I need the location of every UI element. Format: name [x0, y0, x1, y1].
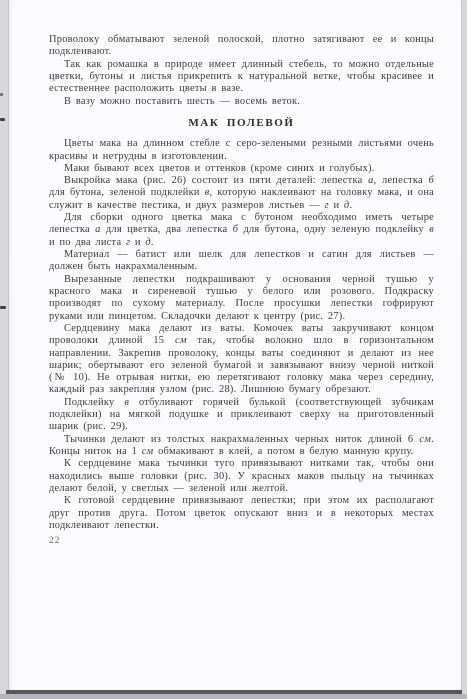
paragraph: Проволоку обматывают зеленой полоской, п… [49, 34, 434, 59]
paragraph: Материал — батист или шелк для лепестков… [49, 249, 434, 274]
text-run: . [349, 200, 352, 211]
text-run: Вырезанные лепестки подкрашивают у основ… [49, 274, 434, 322]
scan-background: { "colors": { "background": "#d8d8dc", "… [0, 0, 467, 699]
text-run: К сердцевине мака тычинки туго привязыва… [49, 458, 434, 494]
text-run: и по два листа [49, 237, 126, 248]
paragraph: Маки бывают всех цветов и оттенков (кром… [49, 163, 434, 175]
scan-artifact [0, 118, 5, 121]
text-run: Проволоку обматывают зеленой полоской, п… [49, 34, 434, 57]
page-number: 22 [49, 535, 434, 547]
text-run: Материал — батист или шелк для лепестков… [49, 249, 434, 272]
text-run: для бутона, зеленой подклейки [49, 187, 205, 198]
text-run: и [329, 200, 344, 211]
text-run: Тычинки делают из толстых накрахмаленных… [64, 434, 419, 445]
italic-text-run: см [419, 434, 431, 445]
text-run: и [130, 237, 145, 248]
paragraph: К сердцевине мака тычинки туго привязыва… [49, 458, 434, 495]
text-run: К готовой сердцевине привязывают лепестк… [49, 495, 434, 531]
page-sheet: Проволоку обматывают зеленой полоской, п… [8, 0, 462, 691]
paragraph: Подклейку в отбуливают горячей булькой (… [49, 397, 434, 434]
intro-paragraphs: Проволоку обматывают зеленой полоской, п… [49, 34, 434, 108]
scan-artifact [0, 93, 3, 96]
text-column: Проволоку обматывают зеленой полоской, п… [49, 34, 434, 548]
scan-artifact [0, 306, 6, 309]
paragraph: Выкройка мака (рис. 26) состоит из пяти … [49, 175, 434, 212]
text-run: , лепестка [374, 175, 429, 186]
text-run: обмакивают в клей, а потом в белую манну… [153, 446, 413, 457]
text-run: В вазу можно поставить шесть — восемь ве… [64, 96, 300, 107]
paragraph: Тычинки делают из толстых накрахмаленных… [49, 434, 434, 459]
paragraph: Сердцевину мака делают из ваты. Комочек … [49, 323, 434, 397]
section-heading: МАК ПОЛЕВОЙ [49, 117, 434, 129]
paragraph: К готовой сердцевине привязывают лепестк… [49, 495, 434, 532]
text-run: для бутона, одну зеленую подклейку [238, 224, 429, 235]
text-run: Цветы мака на длинном стебле с серо-зеле… [49, 138, 434, 161]
scan-bottom-strip [0, 694, 467, 699]
section-paragraphs: Цветы мака на длинном стебле с серо-зеле… [49, 138, 434, 532]
paragraph: Так как ромашка в природе имеет длинный … [49, 59, 434, 96]
italic-text-run: в [429, 224, 434, 235]
text-run: Выкройка мака (рис. 26) состоит из пяти … [64, 175, 368, 186]
text-run: Так как ромашка в природе имеет длинный … [49, 59, 434, 95]
paragraph: Цветы мака на длинном стебле с серо-зеле… [49, 138, 434, 163]
text-run: Подклейку [64, 397, 124, 408]
italic-text-run: б [429, 175, 434, 186]
italic-text-run: см [142, 446, 154, 457]
paragraph: В вазу можно поставить шесть — восемь ве… [49, 96, 434, 108]
paragraph: Для сборки одного цветка мака с бутоном … [49, 212, 434, 249]
text-run: . [151, 237, 154, 248]
paragraph: Вырезанные лепестки подкрашивают у основ… [49, 274, 434, 323]
text-run: Маки бывают всех цветов и оттенков (кром… [64, 163, 375, 174]
italic-text-run: см [175, 335, 187, 346]
text-run: для цветка, два лепестка [101, 224, 233, 235]
